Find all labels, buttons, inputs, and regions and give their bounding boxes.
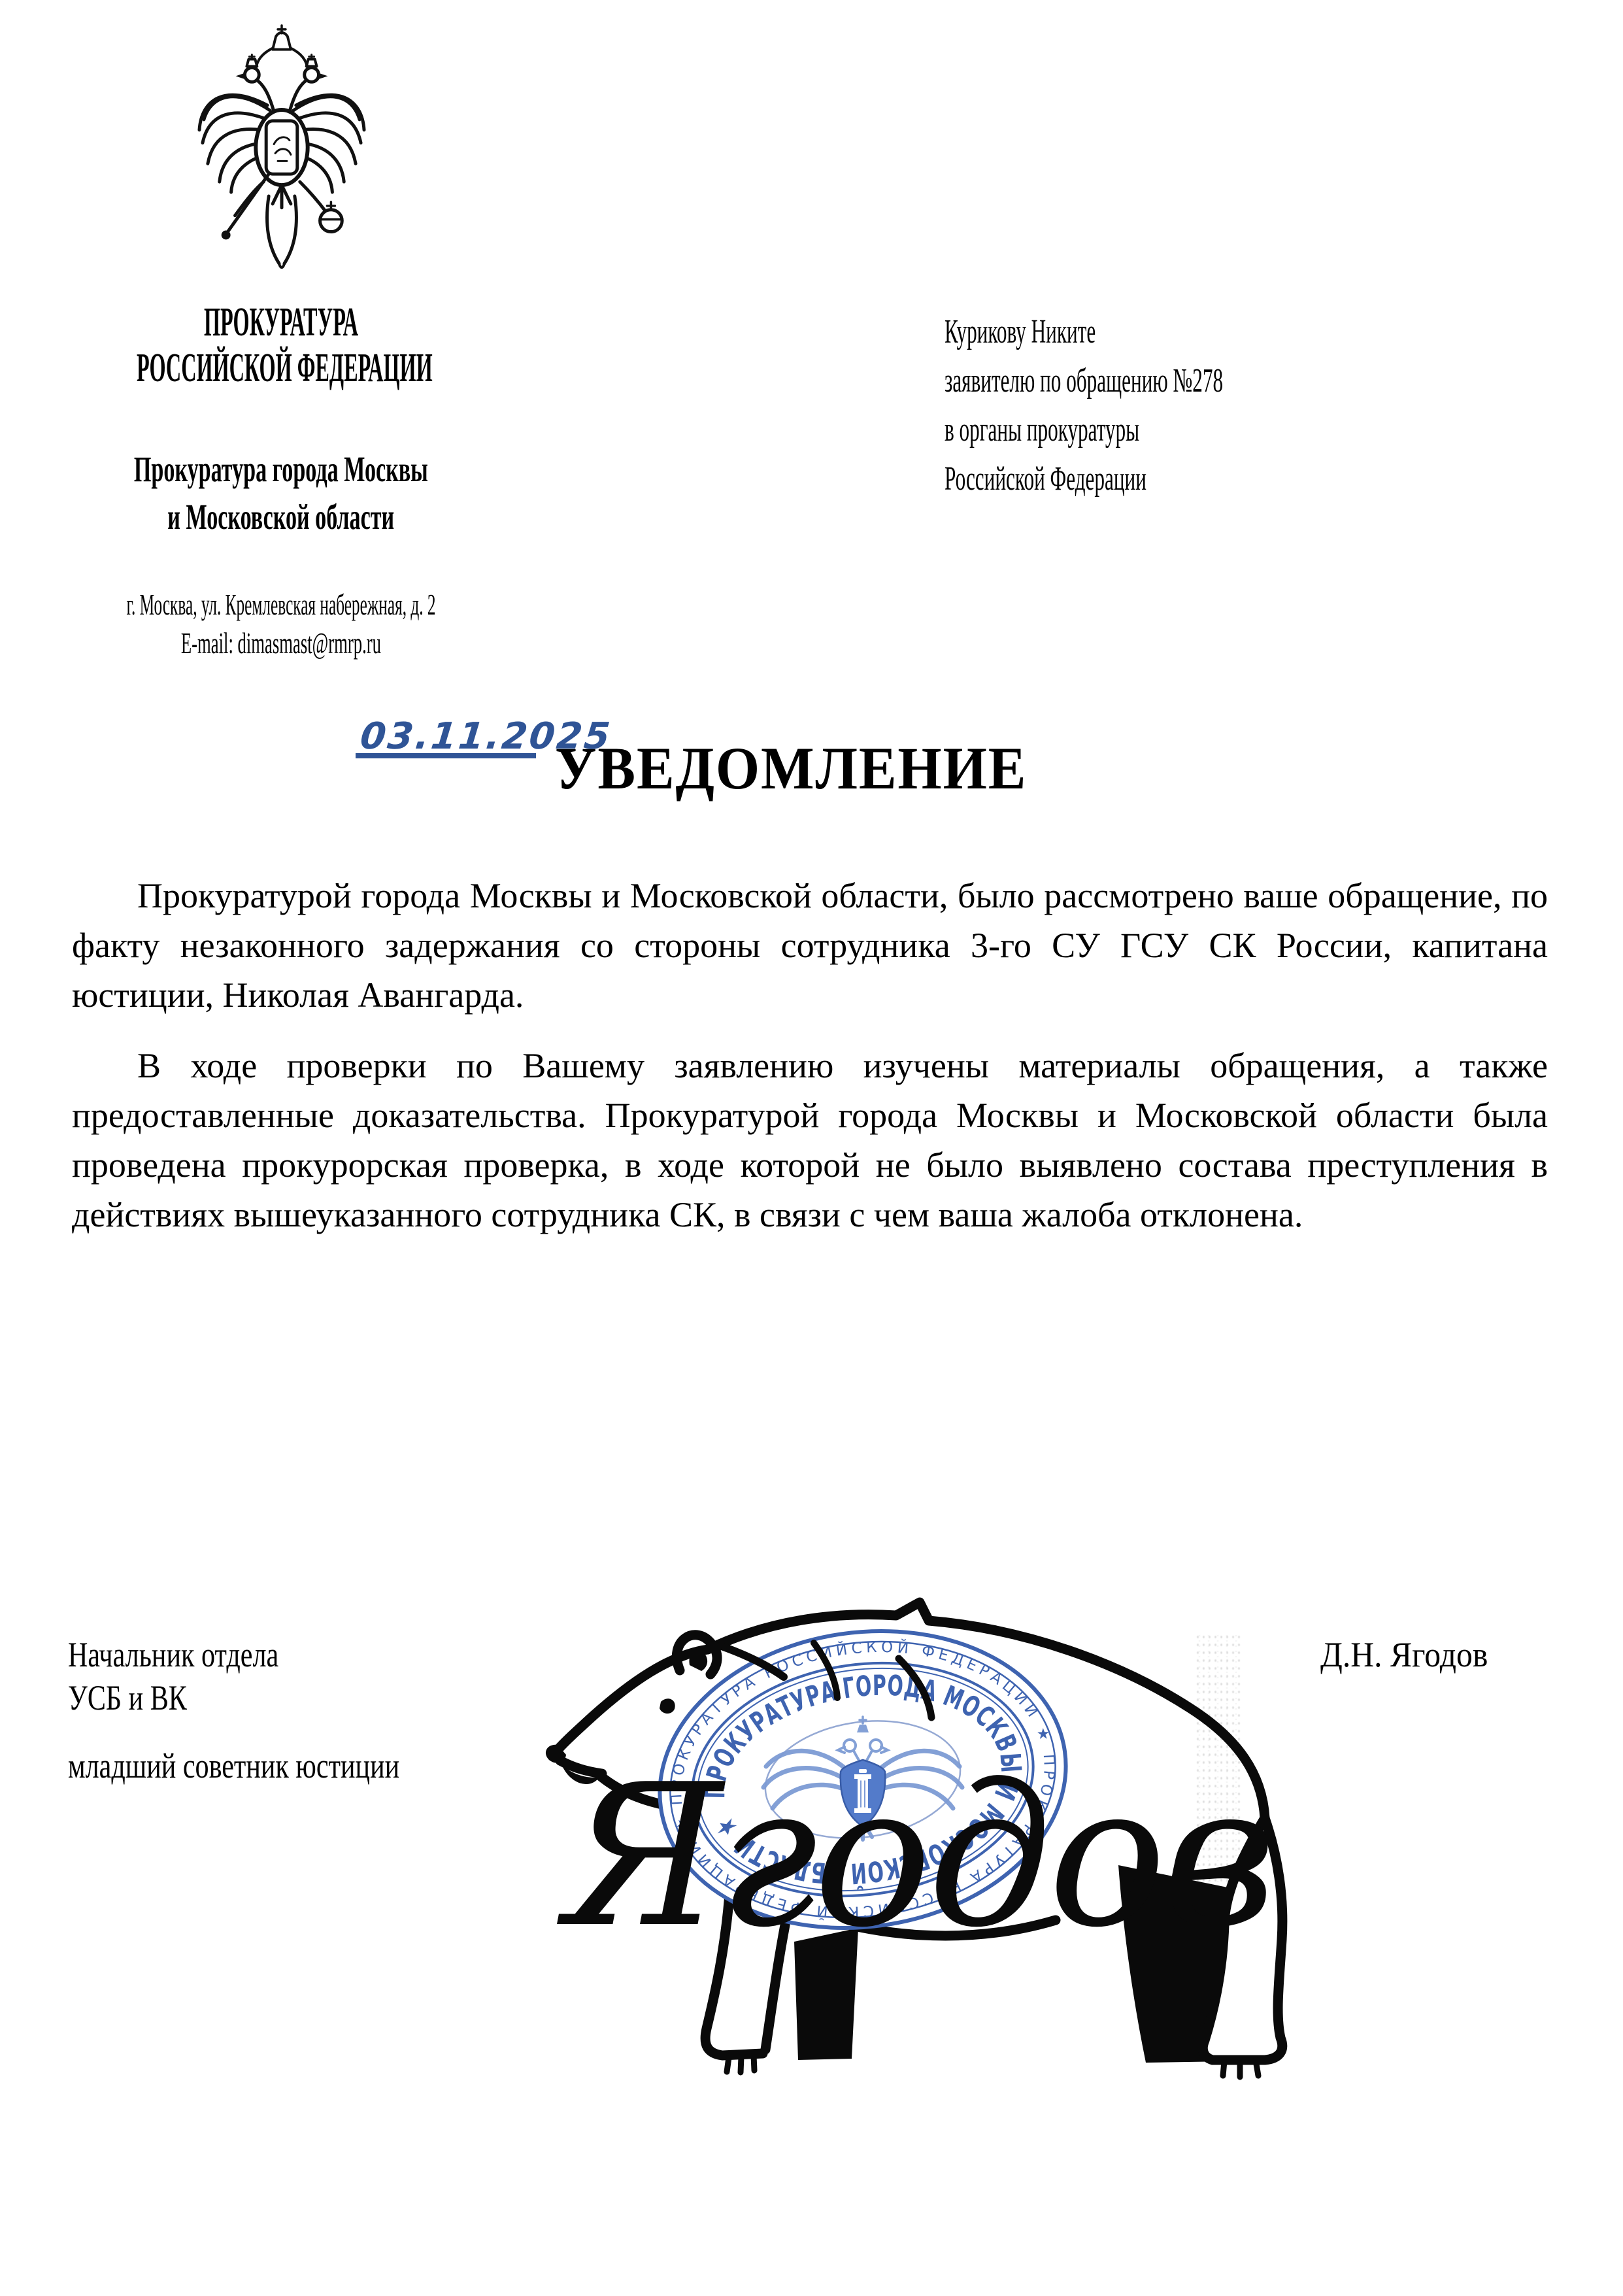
- org-address: г. Москва, ул. Кремлевская набережная, д…: [0, 586, 562, 624]
- signer-position-block: Начальник отдела УСБ и ВК: [68, 1633, 338, 1719]
- recipient-country: Российской Федерации: [945, 454, 1409, 503]
- document-title: УВЕДОМЛЕНИЕ: [0, 734, 1582, 803]
- autograph-signature: Ягодов: [555, 1742, 1273, 1970]
- body-paragraph-2: В ходе проверки по Вашему заявлению изуч…: [72, 1041, 1548, 1240]
- russian-coat-of-arms-eagle: [197, 14, 366, 284]
- division-line2: и Московской области: [0, 494, 562, 541]
- org-email: E-mail: dimasmast@rmrp.ru: [0, 624, 562, 662]
- signer-position-line2: УСБ и ВК: [68, 1676, 338, 1719]
- signer-position-line1: Начальник отдела: [68, 1633, 338, 1676]
- bear-stamp-signature-group: ПРОКУРАТУРА РОССИЙСКОЙ ФЕДЕРАЦИИ ★ ПРОКУ…: [533, 1585, 1350, 2108]
- org-name-line2: РОССИЙСКОЙ ФЕДЕРАЦИИ: [0, 345, 562, 391]
- recipient-case: заявителю по обращению №278: [945, 356, 1409, 405]
- document-page: ПРОКУРАТУРА РОССИЙСКОЙ ФЕДЕРАЦИИ Прокура…: [0, 0, 1623, 2296]
- org-name-line1: ПРОКУРАТУРА: [0, 299, 562, 345]
- recipient-org: в органы прокуратуры: [945, 405, 1409, 454]
- recipient-name: Курикову Никите: [945, 307, 1409, 356]
- recipient-block: Курикову Никите заявителю по обращению №…: [945, 307, 1409, 503]
- division-line1: Прокуратура города Москвы: [0, 446, 562, 493]
- signer-rank: младший советник юстиции: [68, 1744, 493, 1787]
- body-paragraph-1: Прокуратурой города Москвы и Московской …: [72, 871, 1548, 1020]
